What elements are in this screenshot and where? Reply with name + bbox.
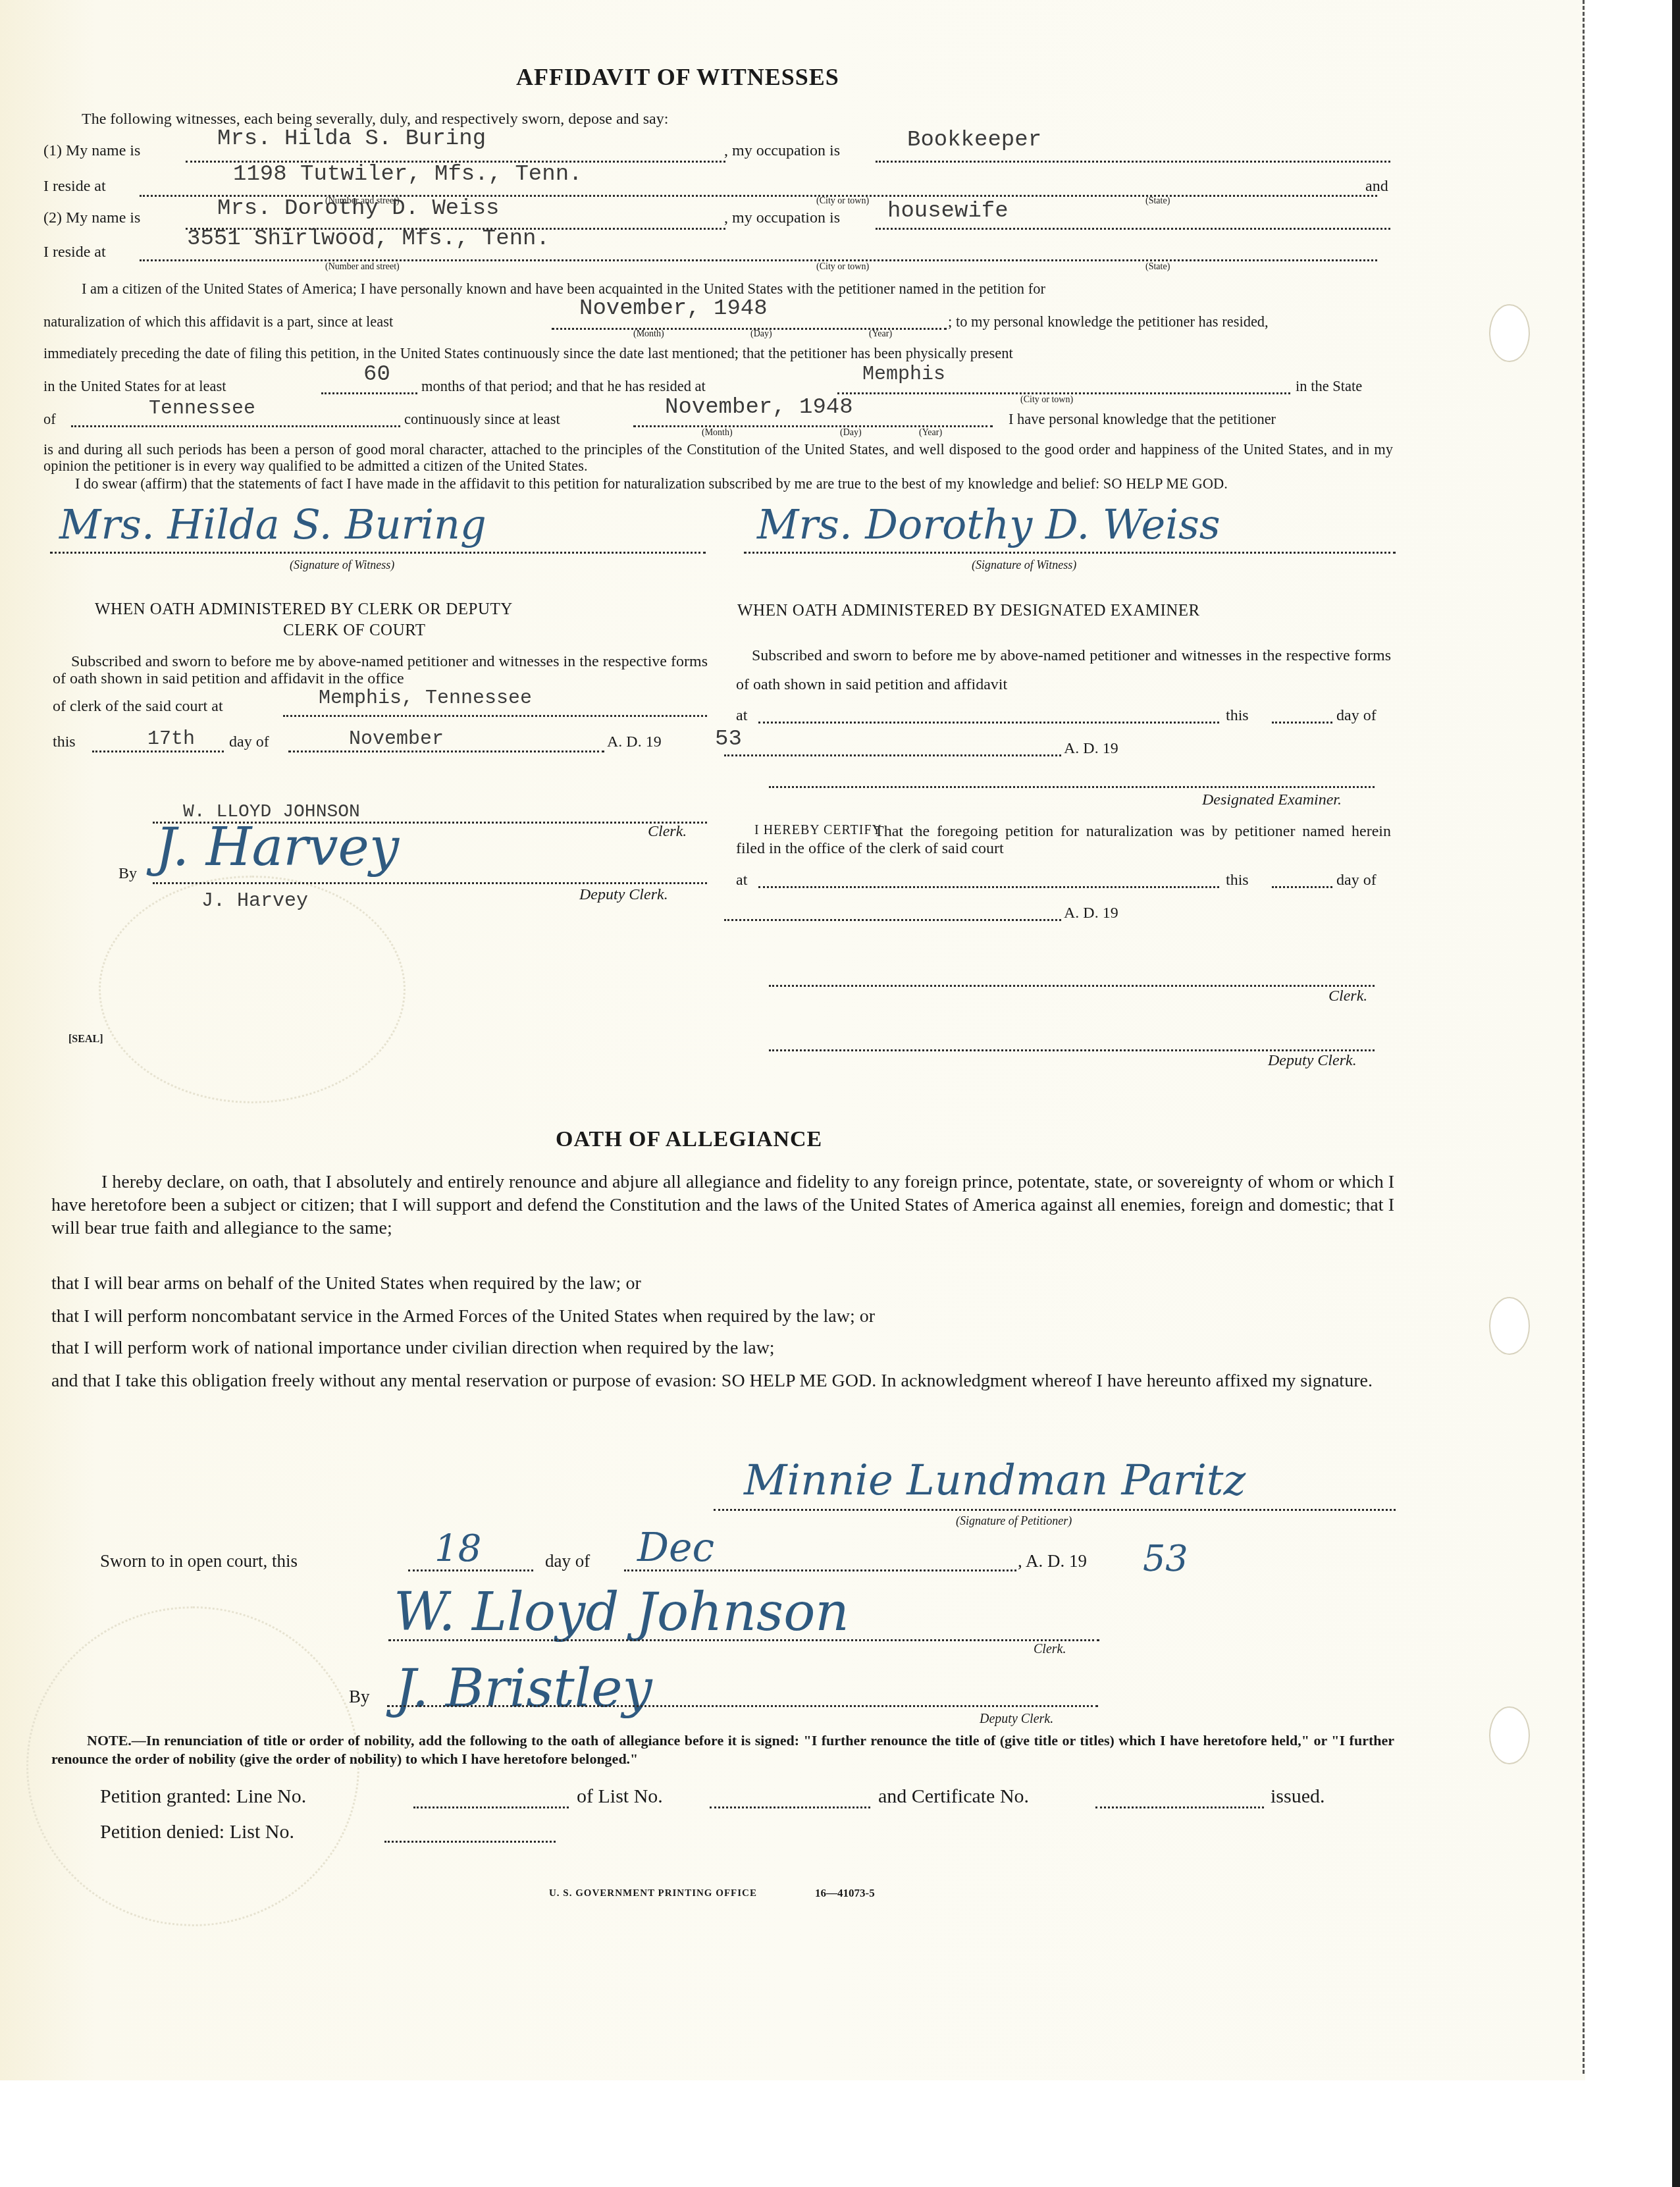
clerk-heading-line2: CLERK OF COURT xyxy=(283,621,426,640)
petitioner-signature: Minnie Lundman Paritz xyxy=(744,1456,1246,1505)
petitioner-signature-line xyxy=(714,1509,1396,1511)
witness2-address-line xyxy=(140,259,1377,261)
body-line-5a: of xyxy=(43,411,56,428)
examiner-day-line xyxy=(1272,722,1332,724)
witness1-occupation-line xyxy=(876,161,1390,163)
court-at-label: of clerk of the said court at xyxy=(53,698,223,716)
body-line-3: immediately preceding the date of filing… xyxy=(43,345,1013,362)
clerk-subscribed-text: Subscribed and sworn to before me by abo… xyxy=(53,653,708,687)
oath-paragraph-1: I hereby declare, on oath, that I absolu… xyxy=(51,1171,1394,1240)
months-value[interactable]: 60 xyxy=(363,362,390,387)
designated-examiner-label: Designated Examiner. xyxy=(1202,791,1342,809)
granted-label: Petition granted: Line No. xyxy=(100,1785,306,1808)
caption-year: (Year) xyxy=(869,329,892,340)
body-line-4a: in the United States for at least xyxy=(43,378,226,395)
and-cert-label: and Certificate No. xyxy=(878,1785,1029,1808)
witness1-name-label: (1) My name is xyxy=(43,142,140,160)
resided-since-line xyxy=(633,425,993,427)
issued-label: issued. xyxy=(1271,1785,1325,1808)
by-label: By xyxy=(118,865,137,883)
court-location-value[interactable]: Memphis, Tennessee xyxy=(319,687,532,710)
witness1-reside-label: I reside at xyxy=(43,178,106,196)
resided-state-line xyxy=(71,425,400,427)
form-code: 16—41073-5 xyxy=(815,1887,875,1900)
witness1-occupation[interactable]: Bookkeeper xyxy=(907,128,1041,153)
punch-hole-top xyxy=(1489,304,1530,362)
punch-hole-middle xyxy=(1489,1297,1530,1355)
examiner-at-line xyxy=(758,722,1219,724)
caption-sig-witness2: (Signature of Witness) xyxy=(972,558,1076,572)
intro-text: The following witnesses, each being seve… xyxy=(82,111,668,128)
oath-clerk-label: Clerk. xyxy=(1034,1642,1066,1657)
certify-month-line xyxy=(724,919,1061,921)
witness2-name-label: (2) My name is xyxy=(43,209,140,227)
oath-title: OATH OF ALLEGIANCE xyxy=(556,1127,822,1152)
witness2-signature: Mrs. Dorothy D. Weiss xyxy=(757,500,1221,548)
nobility-note: NOTE.—In renunciation of title or order … xyxy=(51,1731,1394,1768)
oath-deputy-signature: J. Bristley xyxy=(395,1658,652,1719)
oath-paragraph-5: and that I take this obligation freely w… xyxy=(51,1369,1394,1392)
caption-sig-witness1: (Signature of Witness) xyxy=(290,558,394,572)
caption-year: (Year) xyxy=(919,428,942,438)
certify-day-line xyxy=(1272,886,1332,888)
day-of-label: day of xyxy=(229,733,269,751)
body-line-5b: continuously since at least xyxy=(404,411,560,428)
oath-clerk-signature: W. Lloyd Johnson xyxy=(394,1581,849,1643)
examiner-at-label: at xyxy=(736,707,747,725)
examiner-signature-line xyxy=(769,786,1375,788)
body-line-4c: in the State xyxy=(1296,378,1362,395)
witness2-occupation-label: , my occupation is xyxy=(724,209,840,227)
seal-label: [SEAL] xyxy=(68,1034,103,1045)
resided-state-value[interactable]: Tennessee xyxy=(149,398,255,420)
examiner-ad-label: A. D. 19 xyxy=(1064,740,1118,758)
sworn-label: Sworn to in open court, this xyxy=(100,1551,298,1571)
witness2-reside-label: I reside at xyxy=(43,244,106,261)
witness1-address[interactable]: 1198 Tutwiler, Mfs., Tenn. xyxy=(233,162,583,187)
caption-day: (Day) xyxy=(750,329,772,340)
witness1-name[interactable]: Mrs. Hilda S. Buring xyxy=(217,126,486,151)
court-location-line xyxy=(283,715,707,717)
oath-paragraph-2: that I will bear arms on behalf of the U… xyxy=(51,1272,1394,1295)
clerk-day-value[interactable]: 17th xyxy=(147,728,195,751)
certificate-no[interactable] xyxy=(1095,1806,1264,1808)
caption-state: (State) xyxy=(1145,262,1170,273)
sworn-day-of-label: day of xyxy=(545,1551,590,1571)
examiner-heading: WHEN OATH ADMINISTERED BY DESIGNATED EXA… xyxy=(737,602,1200,620)
examiner-subscribed-text: Subscribed and sworn to before me by abo… xyxy=(736,641,1391,699)
caption-month: (Month) xyxy=(633,329,664,340)
deputy-typed-name: J. Harvey xyxy=(201,890,308,912)
witness1-signature: Mrs. Hilda S. Buring xyxy=(59,500,486,548)
certify-at-label: at xyxy=(736,872,747,889)
oath-paragraph-3: that I will perform noncombatant service… xyxy=(51,1305,1394,1328)
oath-paragraph-4: that I will perform work of national imp… xyxy=(51,1336,1394,1359)
caption-day: (Day) xyxy=(840,428,862,438)
clerk-day-line xyxy=(92,751,224,752)
certify-ad-label: A. D. 19 xyxy=(1064,905,1118,922)
and-label: and xyxy=(1365,178,1388,196)
oath-clerk-line xyxy=(388,1639,1099,1641)
caption-number-street: (Number and street) xyxy=(325,262,400,273)
certify-text: That the foregoing petition for naturali… xyxy=(736,823,1391,857)
sworn-year-value[interactable]: 53 xyxy=(1143,1538,1188,1579)
witness2-occupation[interactable]: housewife xyxy=(887,199,1009,224)
certify-deputy-line xyxy=(769,1049,1375,1051)
clerk-label: Clerk. xyxy=(648,823,687,841)
denied-list-no[interactable] xyxy=(384,1841,556,1843)
examiner-month-line xyxy=(724,754,1061,756)
caption-sig-petitioner: (Signature of Petitioner) xyxy=(956,1514,1072,1528)
caption-month: (Month) xyxy=(702,428,733,438)
sworn-month-value[interactable]: Dec xyxy=(637,1525,714,1571)
clerk-month-line xyxy=(288,751,604,752)
ad-label: A. D. 19 xyxy=(607,733,662,751)
sworn-day-value[interactable]: 18 xyxy=(434,1527,481,1570)
printer-imprint: U. S. GOVERNMENT PRINTING OFFICE xyxy=(549,1888,757,1899)
resided-since-value[interactable]: November, 1948 xyxy=(665,395,853,420)
certify-day-of-label: day of xyxy=(1336,872,1377,889)
examiner-this-label: this xyxy=(1226,707,1249,725)
caption-city-town: (City or town) xyxy=(816,262,869,273)
body-line-2a: naturalization of which this affidavit i… xyxy=(43,313,393,330)
caption-city-town: (City or town) xyxy=(816,196,869,207)
body-oath-paragraph: I do swear (affirm) that the statements … xyxy=(43,475,1393,492)
certify-at-line xyxy=(758,886,1219,888)
body-line-4b: months of that period; and that he has r… xyxy=(421,378,706,395)
witness1-signature-line xyxy=(50,552,706,554)
body-line-5c: I have personal knowledge that the petit… xyxy=(1009,411,1276,428)
of-list-label: of List No. xyxy=(577,1785,663,1808)
witness2-signature-line xyxy=(744,552,1396,554)
clerk-month-value[interactable]: November xyxy=(349,728,444,751)
page-title: AFFIDAVIT OF WITNESSES xyxy=(516,63,839,91)
oath-deputy-line xyxy=(387,1705,1098,1707)
certify-deputy-label: Deputy Clerk. xyxy=(1268,1052,1357,1070)
examiner-day-of-label: day of xyxy=(1336,707,1377,725)
body-line-2b: ; to my personal knowledge the petitione… xyxy=(948,313,1269,330)
months-line xyxy=(321,392,417,394)
witness1-occupation-label: , my occupation is xyxy=(724,142,840,160)
caption-state: (State) xyxy=(1145,196,1170,207)
perforation-line xyxy=(1583,0,1585,2074)
certify-clerk-line xyxy=(769,985,1375,987)
deputy-clerk-label: Deputy Clerk. xyxy=(579,886,668,904)
body-line-1: I am a citizen of the United States of A… xyxy=(82,280,1045,298)
witness2-address[interactable]: 3551 Shirlwood, Mfs., Tenn. xyxy=(187,226,550,251)
witness2-name[interactable]: Mrs. Dorothy D. Weiss xyxy=(217,196,499,221)
granted-list-no[interactable] xyxy=(710,1806,870,1808)
scanner-margin xyxy=(1585,0,1680,2187)
clerk-year-value[interactable]: 53 xyxy=(715,727,742,752)
granted-line-no[interactable] xyxy=(413,1806,569,1808)
caption-city-town: (City or town) xyxy=(1020,395,1073,406)
denied-label: Petition denied: List No. xyxy=(100,1821,294,1843)
clerk-heading-line1: WHEN OATH ADMINISTERED BY CLERK OR DEPUT… xyxy=(95,600,513,619)
body-character-paragraph: is and during all such periods has been … xyxy=(43,441,1393,474)
sworn-ad-label: , A. D. 19 xyxy=(1018,1551,1087,1571)
oath-deputy-label: Deputy Clerk. xyxy=(980,1712,1053,1727)
deputy-signature: J. Harvey xyxy=(155,816,399,878)
deputy-signature-line xyxy=(153,882,707,884)
oath-by-label: By xyxy=(349,1687,370,1707)
witness2-occupation-line xyxy=(876,228,1390,230)
scanner-edge xyxy=(1672,0,1680,2187)
punch-hole-bottom xyxy=(1489,1706,1530,1764)
certify-clerk-label: Clerk. xyxy=(1328,988,1367,1005)
this-label: this xyxy=(53,733,76,751)
certify-this-label: this xyxy=(1226,872,1249,889)
resided-city-value[interactable]: Memphis xyxy=(862,363,945,386)
known-since-value[interactable]: November, 1948 xyxy=(579,296,768,321)
resided-city-line xyxy=(837,392,1290,394)
